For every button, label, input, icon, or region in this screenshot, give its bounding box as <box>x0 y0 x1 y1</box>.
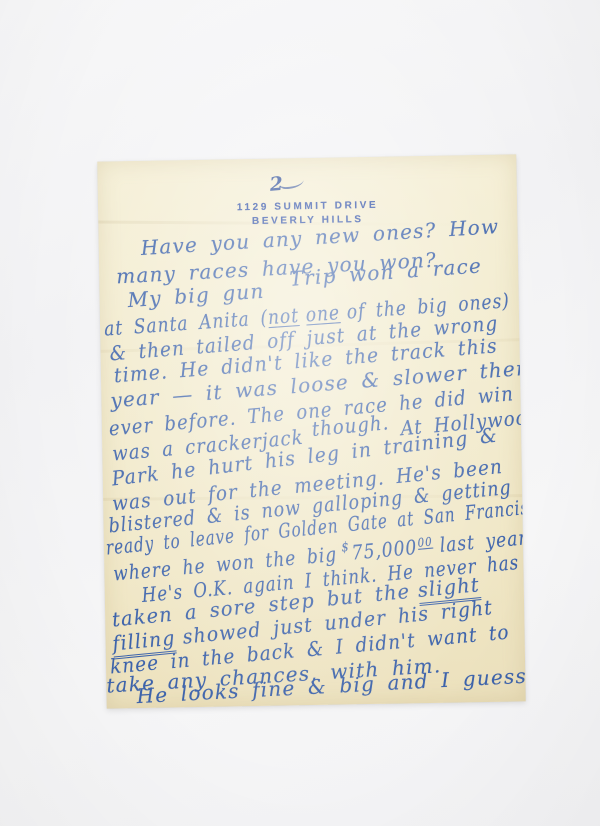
line-14-dollar-sign: $ <box>341 536 351 561</box>
line-4-underlined-not: not <box>267 303 300 329</box>
line-14-cents-superscript: 00 <box>417 530 434 555</box>
letter-page: 2 1129 SUMMIT DRIVE BEVERLY HILLS Have y… <box>97 154 525 708</box>
scan-background: 2 1129 SUMMIT DRIVE BEVERLY HILLS Have y… <box>0 0 600 826</box>
page-number-flourish <box>280 178 304 189</box>
page-number: 2 <box>269 171 305 196</box>
line-4-underlined-one: one <box>305 300 341 326</box>
